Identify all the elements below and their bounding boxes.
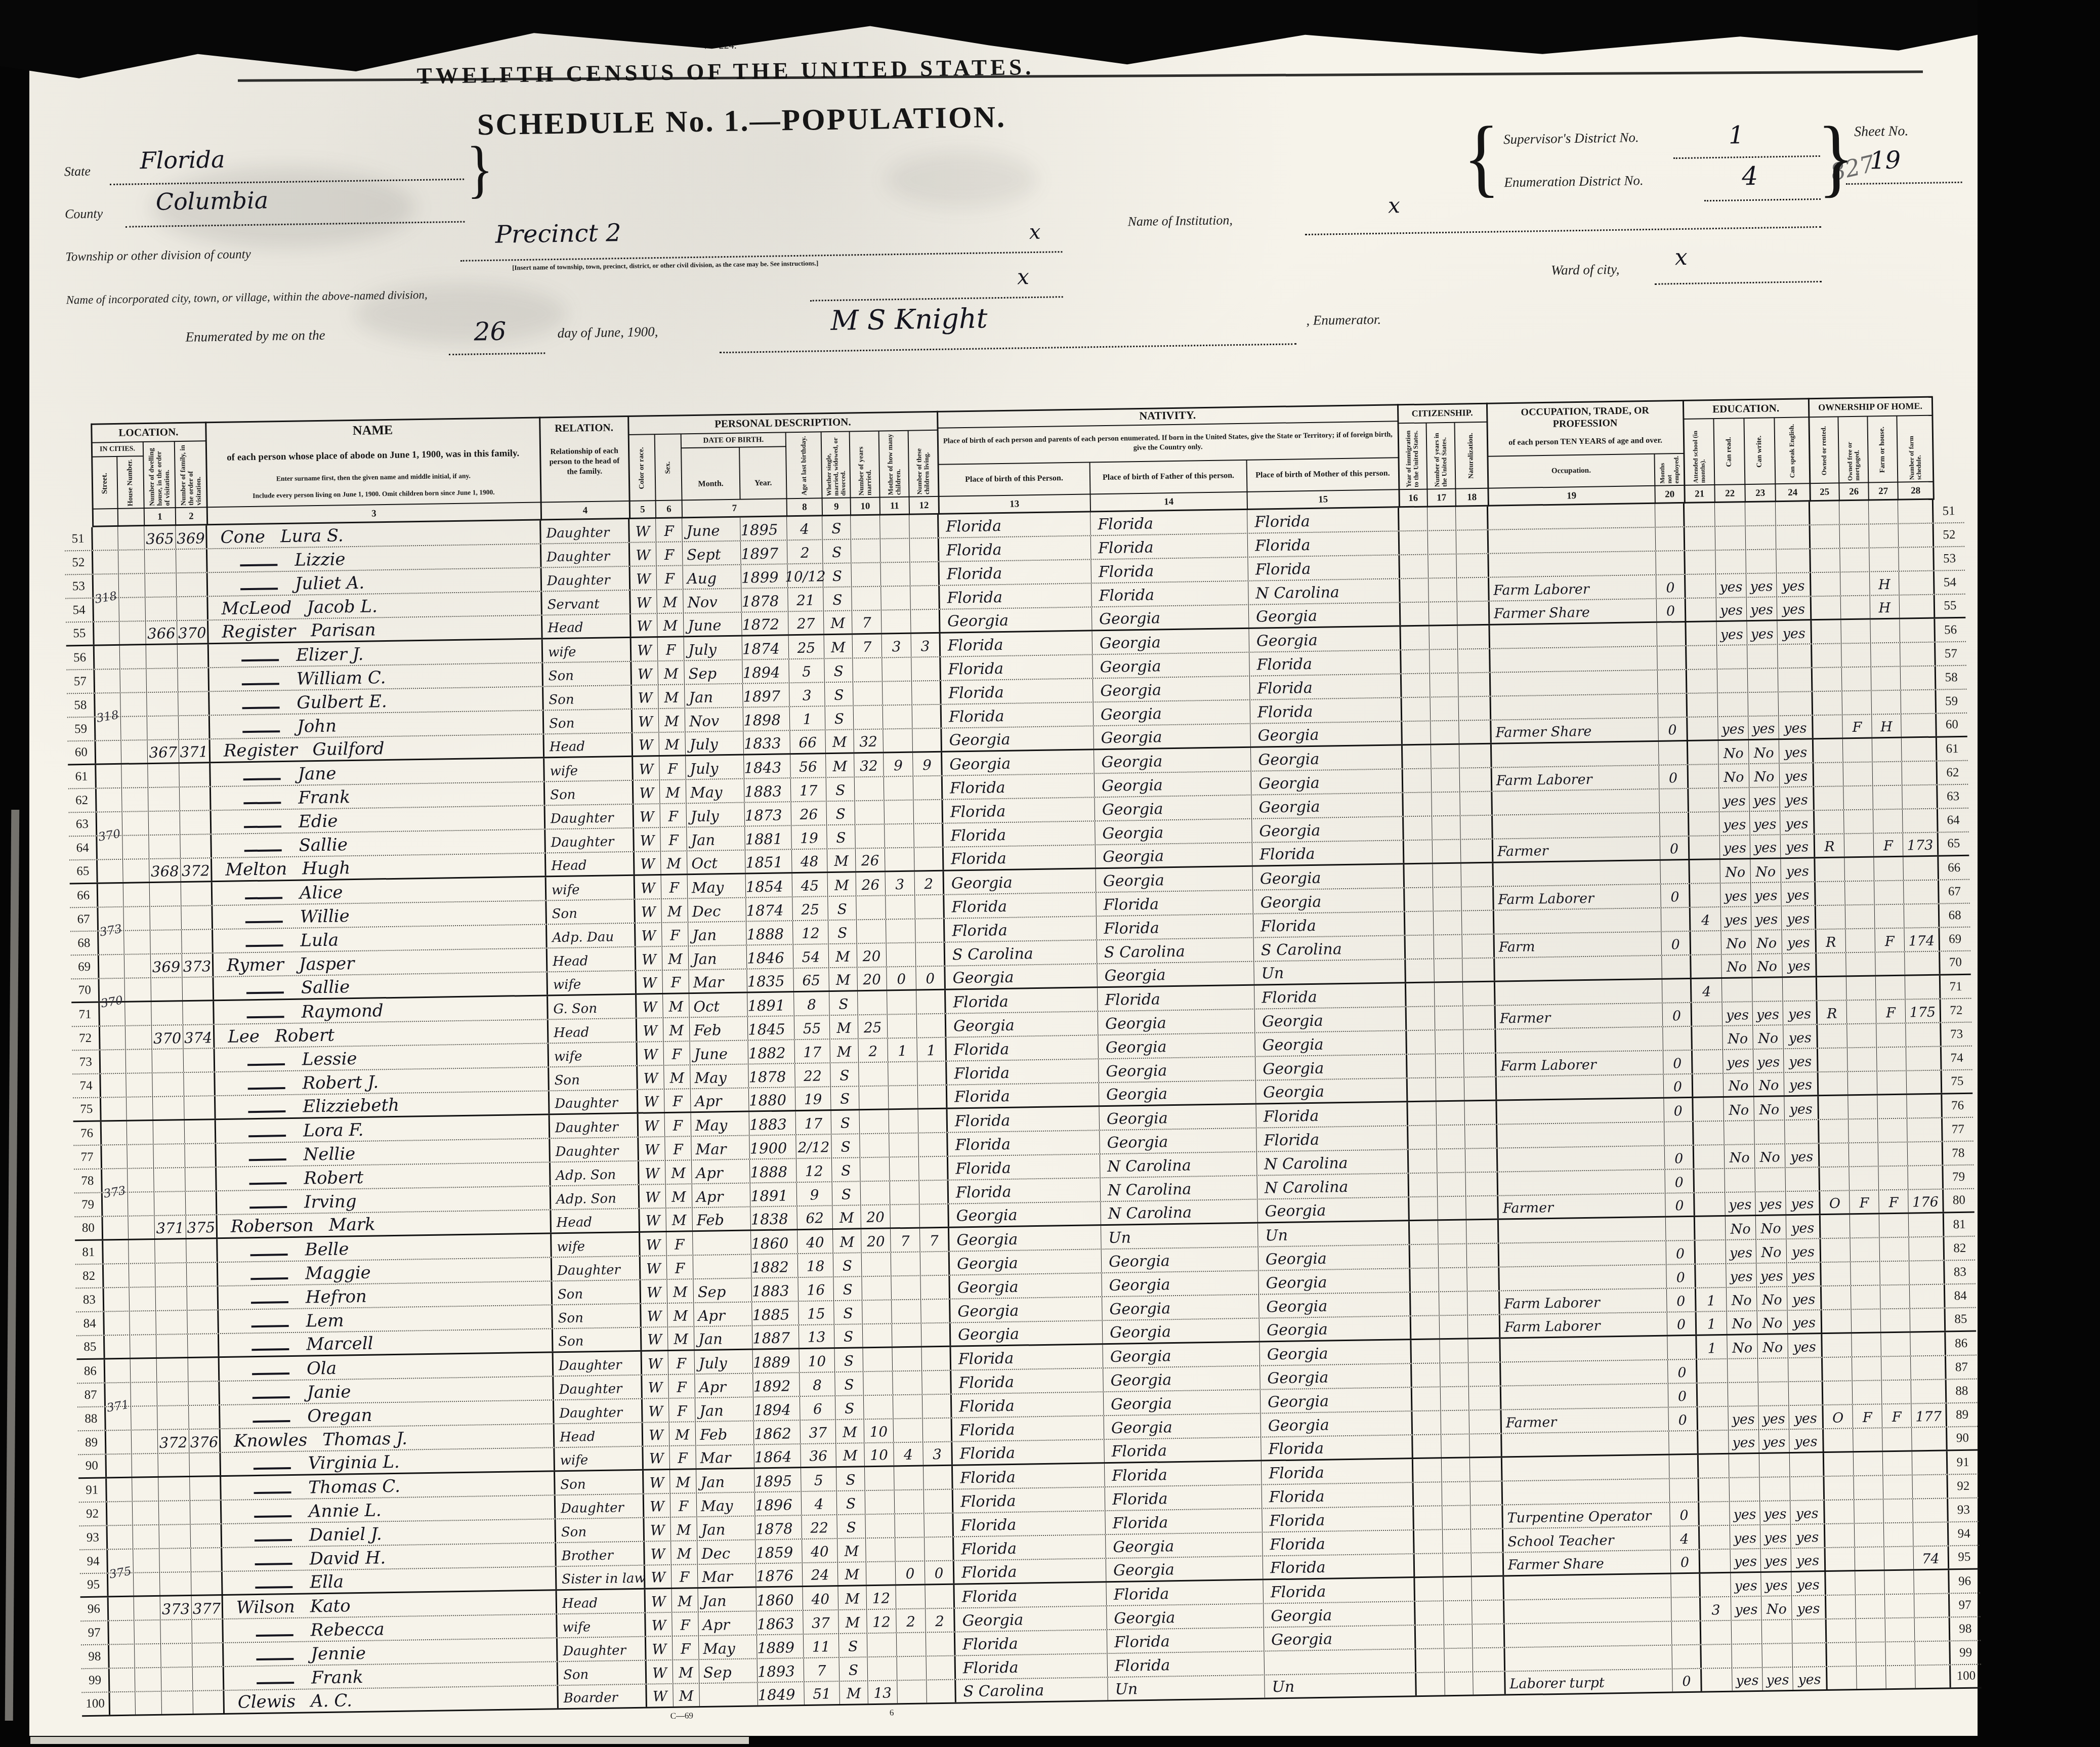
cell-c: W — [632, 638, 658, 661]
cell-x: M — [673, 1660, 700, 1683]
cell-p1: Florida — [941, 679, 1094, 703]
entry-ym: 10 — [870, 1445, 888, 1466]
cell-wr: yes — [1751, 906, 1782, 930]
given-name: Lula — [300, 930, 339, 951]
given-name: Virginia L. — [308, 1451, 400, 1474]
cell-name: RobersonMark — [217, 1210, 552, 1237]
entry-p2: Florida — [1091, 537, 1154, 559]
cell-p1: Florida — [948, 1131, 1100, 1155]
cell-f — [178, 692, 210, 715]
header-name-sub: of each person whose place of abode on J… — [206, 439, 540, 473]
entry-mc: 1 — [898, 1041, 907, 1061]
cell-r: wife — [552, 1233, 641, 1257]
cell-sc: 4 — [1692, 979, 1723, 1002]
cell-o26 — [1840, 572, 1870, 596]
cell-oc — [1496, 1027, 1663, 1053]
header-text: 5 — [637, 504, 648, 515]
cell-bm: Sept — [683, 542, 741, 565]
cell-wr — [1759, 1477, 1790, 1501]
entry-ym: 20 — [862, 946, 880, 967]
cell-mc — [886, 920, 916, 943]
cell-by: 1889 — [753, 1349, 800, 1372]
cell-o27 — [1878, 1167, 1908, 1190]
entry-ms: S — [849, 1660, 859, 1680]
entry-x: M — [666, 853, 681, 873]
cell-cl — [917, 1014, 947, 1037]
cell-house — [135, 1692, 162, 1715]
cell-c16 — [1402, 674, 1431, 697]
cell-lnL: 87 — [77, 1383, 106, 1406]
cell-ms: M — [830, 1015, 859, 1038]
entry-en: yes — [1792, 1290, 1816, 1310]
cell-c16 — [1402, 697, 1431, 721]
cell-p3: Georgia — [1259, 1340, 1412, 1365]
cell-x: F — [659, 756, 686, 779]
cell-p3: Georgia — [1250, 722, 1403, 746]
entry-c: W — [651, 1567, 665, 1588]
given-name: Daniel J. — [309, 1523, 383, 1546]
cell-street — [96, 765, 122, 788]
cell-ms: S — [836, 1467, 865, 1490]
cell-mn — [1663, 1027, 1693, 1050]
cell-o26 — [1857, 1666, 1886, 1689]
col-label-c: Color or race. — [628, 435, 656, 501]
cell-cl — [923, 1419, 953, 1442]
entry-c: W — [641, 902, 655, 922]
cell-mc — [897, 1656, 927, 1680]
cell-f — [192, 1643, 224, 1667]
cell-o28: 176 — [1908, 1190, 1944, 1213]
cell-ms: S — [823, 539, 852, 563]
cell-rd: No — [1726, 1216, 1756, 1239]
cell-c18 — [1467, 1244, 1500, 1267]
cell-cl: 0 — [925, 1561, 955, 1584]
given-name: Lura S. — [280, 525, 344, 547]
schedule-title: SCHEDULE No. 1.—POPULATION. — [301, 97, 1182, 145]
cell-lnL: 72 — [72, 1027, 101, 1050]
cell-name: Sallie — [214, 972, 548, 1000]
cell-p3: Florida — [1250, 698, 1403, 723]
entry-p3: Georgia — [1256, 1082, 1324, 1103]
entry-ms: S — [833, 661, 844, 682]
cell-p3: Florida — [1261, 1435, 1413, 1460]
entry-p1: Florida — [954, 1538, 1017, 1560]
cell-by: 1883 — [744, 778, 791, 802]
cell-p1: Florida — [941, 631, 1093, 656]
county-label: County — [65, 206, 103, 222]
entry-ms: S — [848, 1636, 858, 1656]
entry-p1: Florida — [948, 1134, 1011, 1156]
entry-p1: Georgia — [949, 1229, 1018, 1251]
cell-p1: Georgia — [944, 869, 1097, 894]
cell-r: Servant — [542, 591, 631, 615]
entry-p3: Florida — [1263, 1534, 1325, 1556]
cell-o26 — [1853, 1381, 1882, 1404]
cell-bm: Apr — [692, 1184, 751, 1208]
cell-sc — [1696, 1240, 1727, 1264]
cell-oc: Farm — [1495, 932, 1662, 958]
cell-name: LeeRobert — [215, 1020, 549, 1048]
entry-p3: Georgia — [1255, 1011, 1323, 1032]
cell-c18 — [1467, 1268, 1500, 1291]
entry-a: 24 — [811, 1565, 829, 1586]
cell-street — [98, 860, 123, 883]
cell-o25 — [1823, 1381, 1853, 1404]
cell-ym — [865, 1514, 895, 1537]
cell-a: 66 — [790, 730, 826, 753]
entry-p3: Georgia — [1264, 1629, 1332, 1651]
cell-bm: Jan — [698, 1588, 757, 1611]
entry-p1: S Carolina — [945, 943, 1033, 966]
entry-c: W — [637, 616, 651, 636]
cell-x: M — [666, 1184, 693, 1208]
entry-p2: Georgia — [1104, 1417, 1172, 1439]
cell-p2: Florida — [1104, 1438, 1262, 1463]
cell-bm: Apr — [692, 1160, 750, 1184]
cell-house — [126, 1073, 153, 1097]
cell-lnR: 87 — [1946, 1356, 1977, 1379]
cell-mn — [1659, 789, 1689, 812]
cell-o27 — [1872, 738, 1902, 762]
entry-c: W — [645, 1163, 659, 1184]
cell-wr — [1746, 526, 1777, 549]
entry-wr: yes — [1750, 600, 1774, 620]
cell-c18 — [1458, 649, 1491, 673]
cell-a: 10/12 — [787, 564, 823, 587]
cell-lnL: 69 — [71, 955, 100, 979]
entry-ms: M — [839, 1208, 854, 1228]
cell-ym — [859, 1062, 889, 1086]
cell-c16 — [1403, 793, 1432, 816]
cell-f — [187, 1286, 219, 1310]
cell-c17 — [1439, 1292, 1468, 1315]
cell-f — [177, 573, 208, 596]
entry-bm: Oct — [689, 996, 720, 1017]
entry-r: Daughter — [542, 570, 610, 591]
given-name: Annie L. — [309, 1500, 382, 1522]
entry-rd: yes — [1720, 625, 1743, 645]
cell-p2: Florida — [1096, 891, 1253, 916]
cell-bm: July — [686, 803, 745, 827]
cell-f: 373 — [182, 953, 214, 977]
cell-c17 — [1439, 1244, 1467, 1268]
cell-o27 — [1879, 1214, 1909, 1237]
cell-street — [106, 1431, 132, 1454]
cell-wr: No — [1750, 859, 1781, 882]
header-text: 17 — [1434, 492, 1449, 504]
cell-p2: N Carolina — [1100, 1152, 1257, 1178]
city-underline — [810, 296, 1063, 301]
cell-en — [1778, 644, 1813, 668]
cell-c17 — [1438, 1197, 1466, 1220]
entry-cl: 3 — [920, 636, 930, 656]
cell-c16 — [1413, 1459, 1442, 1482]
cell-o28 — [1907, 1095, 1943, 1118]
cell-d — [151, 1002, 183, 1025]
entry-p3: Un — [1258, 1225, 1288, 1246]
cell-r: Head — [546, 852, 635, 876]
entry-a: 5 — [802, 662, 811, 682]
cell-x: M — [664, 1065, 691, 1089]
cell-by: 1835 — [747, 969, 794, 991]
entry-mn: 0 — [1682, 1672, 1691, 1691]
cell-o25 — [1815, 810, 1844, 834]
cell-mc: 3 — [882, 634, 912, 657]
cell-house — [118, 550, 145, 573]
cell-o27: F — [1876, 1000, 1906, 1023]
cell-o28 — [1912, 1427, 1948, 1450]
given-name: Robert — [304, 1167, 363, 1189]
given-name: Alice — [300, 882, 343, 903]
cell-o25 — [1813, 668, 1842, 691]
surname: Register — [222, 620, 296, 643]
given-name: Irving — [304, 1191, 357, 1213]
entry-by: 1873 — [745, 805, 782, 825]
cell-o26 — [1852, 1309, 1881, 1332]
cell-cl — [912, 681, 942, 704]
cell-o25 — [1826, 1548, 1856, 1570]
cell-o28 — [1905, 952, 1941, 975]
cell-en: yes — [1777, 620, 1812, 644]
cell-p1: Florida — [955, 1630, 1108, 1655]
ditto-mark — [251, 1301, 288, 1304]
given-name: Sallie — [301, 976, 350, 998]
cell-a: 27 — [788, 611, 824, 634]
cell-o28 — [1902, 738, 1938, 761]
entry-mc: 0 — [905, 1564, 914, 1584]
cell-name: Elizer J. — [209, 639, 543, 667]
entry-c: W — [652, 1639, 666, 1659]
cell-mn — [1659, 741, 1689, 765]
cell-p2: Georgia — [1106, 1533, 1263, 1558]
entry-a: 13 — [808, 1327, 826, 1348]
cell-r: Adp. Son — [551, 1185, 640, 1210]
entry-p3: Florida — [1249, 654, 1312, 676]
entry-bm: Mar — [698, 1566, 733, 1587]
cell-c16 — [1405, 911, 1434, 935]
cell-a: 17 — [791, 778, 827, 801]
column-number: 11 — [880, 498, 909, 515]
entry-mn: 0 — [1671, 935, 1680, 954]
cell-p2: Georgia — [1094, 748, 1251, 773]
entry-ms: S — [837, 923, 848, 943]
entry-bm: Feb — [690, 1020, 722, 1041]
cell-f — [189, 1453, 221, 1476]
cell-r: Daughter — [552, 1257, 641, 1281]
cell-house — [129, 1240, 155, 1263]
cell-by: 1883 — [749, 1111, 796, 1135]
cell-sc — [1699, 1454, 1730, 1478]
cell-bm: Feb — [696, 1421, 754, 1445]
cell-lnR: 78 — [1943, 1142, 1974, 1165]
cell-o26 — [1856, 1618, 1886, 1642]
entry-ms: S — [844, 1327, 854, 1347]
entry-en: yes — [1791, 1194, 1814, 1214]
col-label-ym: Number of years married. — [850, 432, 880, 498]
entry-c: W — [642, 997, 657, 1017]
entry-p3: S Carolina — [1254, 939, 1342, 961]
entry-p1: Florida — [943, 825, 1006, 847]
cell-p2: Georgia — [1097, 962, 1254, 987]
cell-bm: Sep — [693, 1278, 752, 1302]
entry-en: yes — [1787, 933, 1810, 953]
cell-p1: S Carolina — [956, 1678, 1108, 1702]
cell-f — [176, 549, 208, 572]
cell-p2: Georgia — [1102, 1247, 1259, 1273]
cell-p2: Florida — [1107, 1628, 1265, 1653]
cell-p2: Florida — [1105, 1462, 1262, 1487]
cell-sc — [1686, 574, 1716, 598]
cell-o27 — [1869, 548, 1899, 571]
cell-oc — [1497, 1099, 1664, 1124]
entry-p1: S Carolina — [956, 1680, 1044, 1702]
entry-a: 16 — [807, 1280, 825, 1301]
cell-lnL: 66 — [70, 884, 99, 907]
cell-ms: M — [836, 1443, 865, 1466]
cell-oc — [1497, 1075, 1664, 1100]
header-citizenship-title: CITIZENSHIP. — [1398, 404, 1487, 423]
cell-a: 19 — [791, 825, 827, 849]
cell-x: F — [658, 637, 685, 660]
entry-by: 1880 — [749, 1090, 786, 1110]
cell-sc — [1688, 741, 1719, 764]
entry-c: W — [647, 1282, 661, 1303]
entry-bm: July — [685, 734, 718, 755]
entry-a: 8 — [807, 995, 816, 1015]
cell-p1: Florida — [947, 1059, 1099, 1084]
cell-ms: S — [834, 1301, 863, 1324]
cell-by: 1863 — [757, 1611, 804, 1634]
cell-house — [123, 907, 150, 930]
v-label: Can read. — [1725, 437, 1734, 467]
given-name: Willie — [300, 905, 350, 927]
entry-p3: Georgia — [1261, 1415, 1329, 1437]
cell-house — [126, 1050, 153, 1073]
cell-a: 16 — [798, 1277, 834, 1301]
cell-p1: Georgia — [949, 1226, 1102, 1251]
cell-o25 — [1825, 1500, 1855, 1523]
cell-lnR: 68 — [1940, 904, 1970, 927]
cell-cl — [913, 800, 943, 823]
cell-name: John — [210, 711, 544, 738]
cell-mc — [890, 1181, 920, 1204]
entry-by: 1833 — [743, 733, 781, 754]
entry-x: M — [665, 782, 680, 803]
cell-mc — [888, 1015, 917, 1038]
cell-p1: Florida — [953, 1511, 1106, 1536]
entry-by: 1883 — [744, 781, 782, 802]
entry-a: 22 — [810, 1518, 828, 1538]
cell-a: 17 — [796, 1111, 832, 1134]
cell-ms: S — [825, 682, 854, 705]
cell-c17 — [1440, 1339, 1468, 1362]
entry-r: Head — [542, 618, 583, 638]
cell-sc: 3 — [1701, 1597, 1732, 1620]
cell-oc — [1498, 1146, 1665, 1172]
cell-by: 1896 — [755, 1492, 802, 1515]
cell-lnL: 97 — [80, 1621, 109, 1644]
header-text: PERSONAL DESCRIPTION. — [711, 415, 854, 430]
cell-wr: yes — [1753, 1049, 1784, 1072]
cell-c: W — [642, 1351, 669, 1375]
header-nativity-sub: Place of birth of each person and parent… — [938, 422, 1399, 463]
cell-rd — [1724, 1121, 1755, 1144]
page-title: TWELFTH CENSUS OF THE UNITED STATES. — [296, 52, 1156, 91]
state-underline — [110, 179, 464, 185]
entry-oc: Farmer — [1493, 842, 1548, 862]
cell-mc — [893, 1395, 923, 1419]
cell-rd — [1715, 550, 1746, 573]
cell-house — [125, 1026, 152, 1049]
entry-ms: M — [836, 1018, 851, 1038]
entry-by: 1876 — [756, 1565, 793, 1586]
cell-ym — [859, 1086, 889, 1109]
cell-c17 — [1432, 793, 1460, 816]
v-label: Months not employed. — [1659, 456, 1681, 484]
cell-oc — [1501, 1360, 1668, 1386]
entry-p3: Georgia — [1259, 1296, 1327, 1318]
cell-o27 — [1871, 643, 1901, 667]
cell-r: Boarder — [558, 1685, 647, 1709]
entry-x: F — [668, 830, 679, 851]
entry-p3: Georgia — [1257, 1200, 1326, 1222]
cell-o27 — [1873, 810, 1903, 833]
cell-c17 — [1431, 745, 1460, 768]
cell-street — [98, 884, 124, 907]
cell-p3: Georgia — [1264, 1602, 1416, 1627]
entry-r: Daughter — [554, 1379, 622, 1399]
cell-o26: F — [1853, 1404, 1882, 1428]
ditto-mark — [253, 1420, 290, 1423]
cell-p1: Georgia — [949, 1202, 1101, 1226]
header-location: LOCATION. — [91, 423, 205, 441]
cell-d — [161, 1644, 193, 1667]
entry-x: F — [671, 1044, 682, 1064]
grid-vline — [117, 509, 118, 527]
cell-name: Robert — [217, 1162, 551, 1190]
entry-wr: No — [1760, 1219, 1781, 1239]
entry-ms: S — [840, 1089, 850, 1109]
entry-bm: June — [682, 520, 720, 541]
entry-p3: Georgia — [1253, 868, 1321, 890]
entry-bm: June — [690, 1044, 728, 1064]
cell-o25 — [1814, 786, 1844, 810]
entry-p2: Georgia — [1098, 1013, 1166, 1034]
cell-en: yes — [1779, 739, 1814, 763]
cell-o27 — [1885, 1594, 1915, 1617]
cell-bm: July — [685, 732, 744, 755]
cell-o25 — [1824, 1429, 1854, 1451]
entry-by: 1878 — [755, 1518, 792, 1539]
given-name: Robert J. — [302, 1071, 379, 1094]
entry-en: yes — [1796, 1528, 1819, 1548]
cell-en — [1776, 525, 1811, 549]
entry-f: 371 — [180, 741, 208, 762]
v-label: Number of farm schedule. — [1907, 419, 1922, 480]
cell-lnL: 54 — [65, 599, 94, 622]
cell-p3: Georgia — [1249, 603, 1401, 627]
entry-r: Brother — [556, 1546, 613, 1566]
cell-d — [158, 1477, 190, 1501]
cell-p3: Florida — [1248, 555, 1400, 580]
entry-ms: S — [842, 1185, 852, 1205]
cell-oc — [1502, 1455, 1670, 1481]
header-text: RELATION. — [552, 421, 616, 434]
entry-cl: 1 — [927, 1041, 936, 1061]
cell-c17 — [1442, 1458, 1471, 1481]
cell-o26 — [1856, 1595, 1885, 1618]
cell-o27 — [1877, 1048, 1907, 1071]
